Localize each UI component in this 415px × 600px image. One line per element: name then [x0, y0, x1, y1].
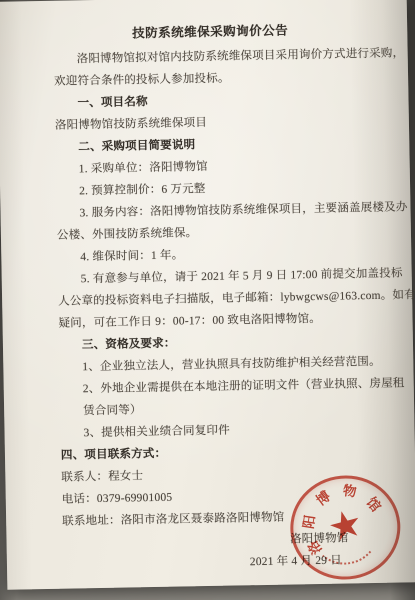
- photo-of-document: { "doc": { "title": "技防系统维保采购询价公告", "int…: [0, 0, 415, 600]
- document-page: 技防系统维保采购询价公告 洛阳博物馆拟对馆内技防系统维保项目采用询价方式进行采购…: [0, 0, 415, 590]
